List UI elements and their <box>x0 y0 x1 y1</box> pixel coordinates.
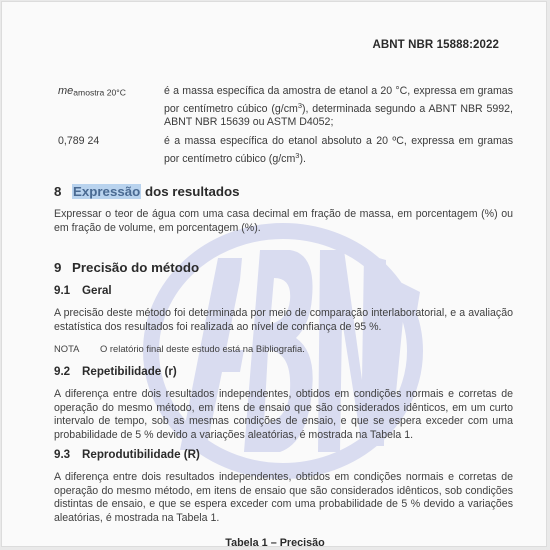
section-9-heading: 9Precisão do método <box>54 260 199 275</box>
section-9-3-heading: 9.3Reprodutibilidade (R) <box>54 448 200 461</box>
definition-description: é a massa específica do etanol absoluto … <box>164 135 513 166</box>
section-8-heading: 8Expressão dos resultados <box>54 184 240 199</box>
note: NOTAO relatório final deste estudo está … <box>54 343 305 354</box>
table-caption: Tabela 1 – Precisão <box>2 537 547 547</box>
section-9-1-body: A precisão deste método foi determinada … <box>54 307 513 334</box>
section-9-2-body: A diferença entre dois resultados indepe… <box>54 388 513 443</box>
section-8-body: Expressar o teor de água com uma casa de… <box>54 208 513 235</box>
selected-text-highlight[interactable]: Expressão <box>72 184 141 199</box>
section-9-2-heading: 9.2Repetibilidade (r) <box>54 365 177 378</box>
definition-description: é a massa específica da amostra de etano… <box>164 85 513 130</box>
section-9-3-body: A diferença entre dois resultados indepe… <box>54 471 513 526</box>
document-page: ABNT NBR 15888:2022 meamostra 20°C é a m… <box>1 1 547 547</box>
section-9-1-heading: 9.1Geral <box>54 284 112 297</box>
standard-code-header: ABNT NBR 15888:2022 <box>372 39 499 51</box>
